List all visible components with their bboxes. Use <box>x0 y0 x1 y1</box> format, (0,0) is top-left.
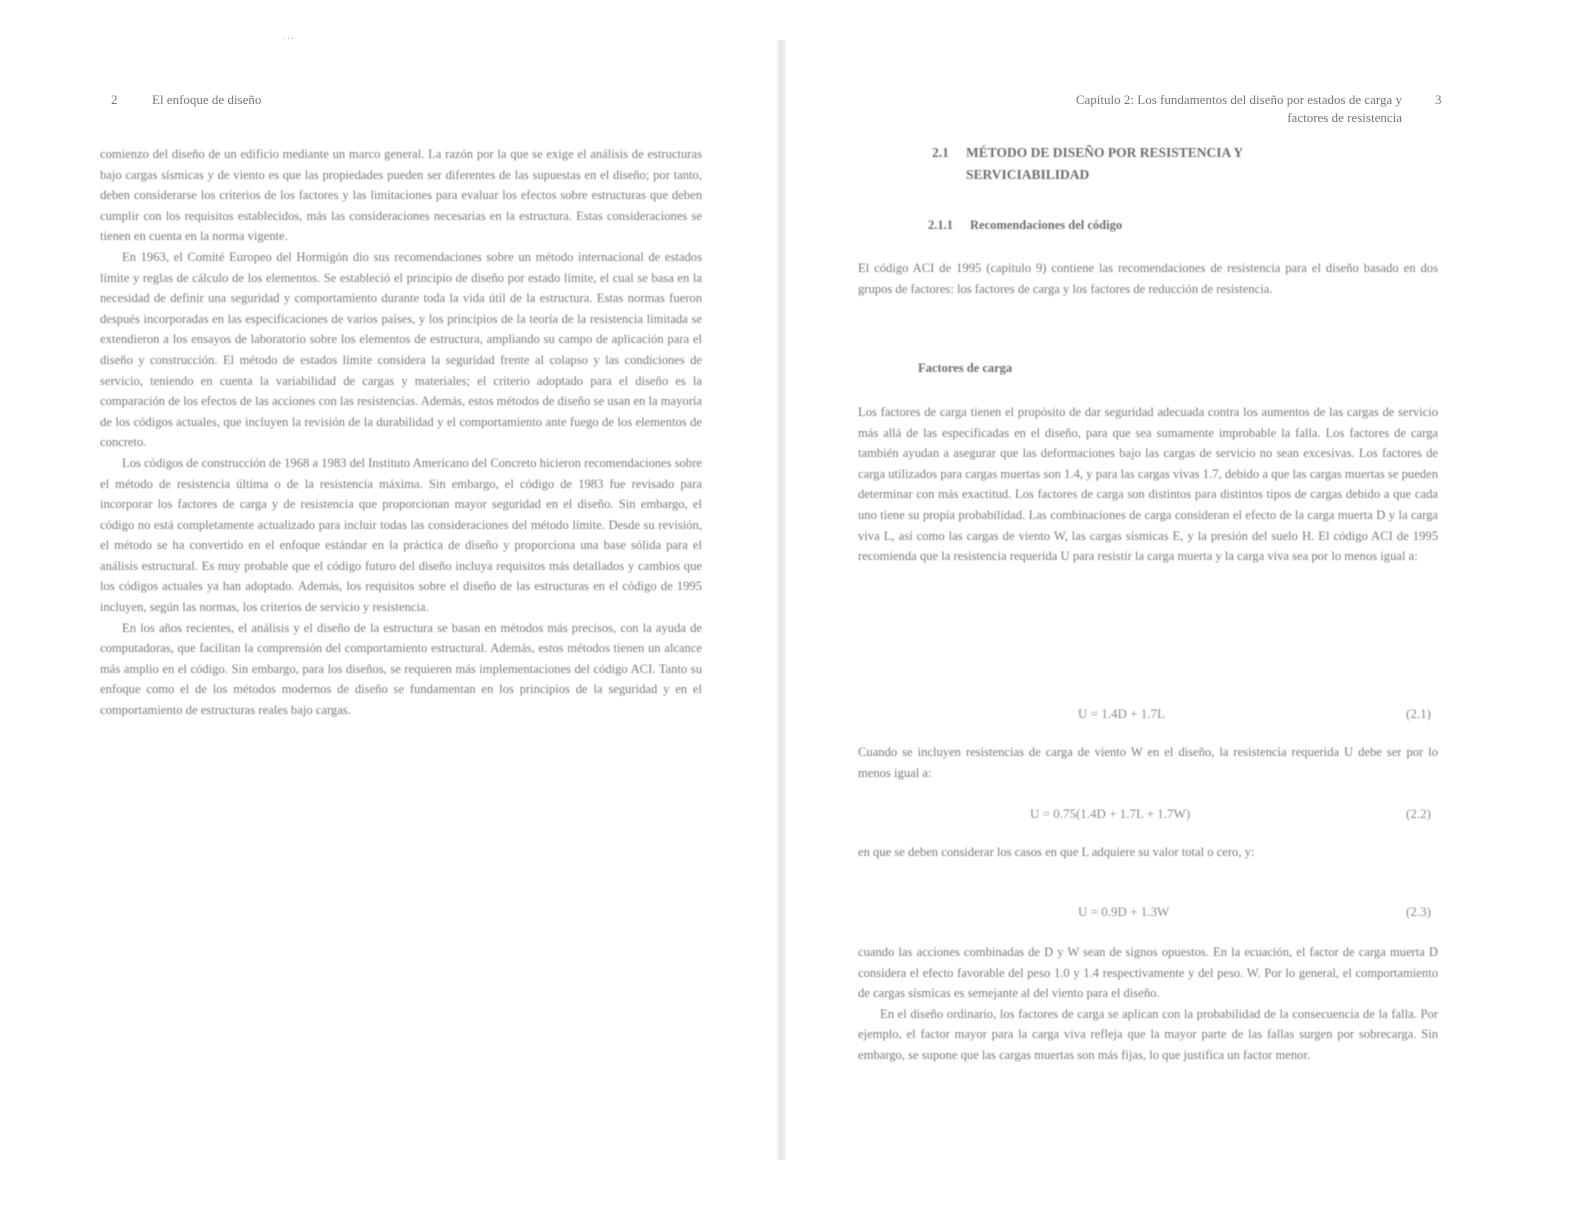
section-title-line2: SERVICIABILIDAD <box>966 164 1089 186</box>
section-title-line1: MÉTODO DE DISEÑO POR RESISTENCIA Y <box>966 142 1243 164</box>
equation-2-2: U = 0.75(1.4D + 1.7L + 1.7W) <box>1030 806 1190 822</box>
load-paragraph: Los factores de carga tienen el propósit… <box>858 402 1438 567</box>
heading-load-factors: Factores de carga <box>918 357 1012 379</box>
book-gutter <box>776 40 786 1160</box>
equation-number: (2.3) <box>1406 904 1431 920</box>
page-number-left: 2 <box>111 92 118 108</box>
paragraph: En los años recientes, el análisis y el … <box>100 618 702 721</box>
subsection-title: Recomendaciones del código <box>970 214 1122 236</box>
after-equation-text: cuando las acciones combinadas de D y W … <box>858 942 1438 1066</box>
running-head-right-line1: Capítulo 2: Los fundamentos del diseño p… <box>936 92 1402 108</box>
running-head-right-line2: factores de resistencia <box>936 110 1402 126</box>
text-between-eq: en que se deben considerar los casos en … <box>858 842 1438 863</box>
page-number-right: 3 <box>1435 92 1442 108</box>
text-between-eq: Cuando se incluyen resistencias de carga… <box>858 742 1438 783</box>
equation-2-1: U = 1.4D + 1.7L <box>1078 706 1165 722</box>
left-body-text: comienzo del diseño de un edificio media… <box>100 144 702 721</box>
intro-paragraph: El código ACI de 1995 (capítulo 9) conti… <box>858 258 1438 299</box>
equation-number: (2.2) <box>1406 806 1431 822</box>
paragraph: comienzo del diseño de un edificio media… <box>100 144 702 247</box>
equation-number: (2.1) <box>1406 706 1431 722</box>
subsection-number: 2.1.1 <box>928 214 953 236</box>
equation-2-3: U = 0.9D + 1.3W <box>1078 904 1169 920</box>
top-mark: ··· <box>283 33 294 45</box>
section-number: 2.1 <box>932 142 949 164</box>
paragraph: En 1963, el Comité Europeo del Hormigón … <box>100 247 702 453</box>
running-head-left: El enfoque de diseño <box>152 92 261 108</box>
paragraph: Los códigos de construcción de 1968 a 19… <box>100 453 702 618</box>
